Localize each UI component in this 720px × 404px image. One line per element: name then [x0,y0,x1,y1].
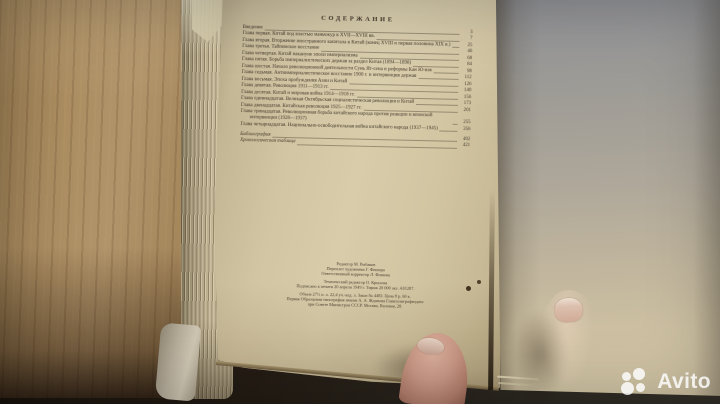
toc-page-number: 201 [460,108,471,114]
toc-page-number: 7 [461,36,472,42]
finger-nail [554,298,583,323]
colophon: Редактор М. Рыбаков Переплет художника Г… [239,259,472,311]
toc-page-number: 46 [461,49,472,55]
toc-entry-list: Глава первая. Китай под властью маньчжур… [240,31,472,133]
dot-leader [440,130,458,131]
toc-page-number: 255 [459,120,470,126]
dot-leader [453,124,458,125]
dot-leader [434,72,459,74]
paper-speck [477,280,481,284]
toc-page-number: 421 [459,143,470,149]
thumb-nail [416,336,445,356]
toc-page-number: 25 [461,43,472,49]
toc-page-number: 140 [460,88,471,94]
watermark-brand-text: Avito [657,371,711,392]
toc-page-number: 3 [462,30,473,36]
toc-page-number: 84 [461,62,472,68]
worn-cover-corner [155,322,201,401]
avito-watermark: Avito [621,368,711,395]
avito-logo-icon [621,368,652,395]
paper-speck [466,286,471,291]
toc-page-number: 98 [461,69,472,75]
toc-page-number: 173 [460,101,471,107]
toc-page-number: 356 [459,127,470,133]
toc-page-number: 126 [460,82,471,88]
toc-page-number: 112 [461,75,472,81]
toc-page-number: 156 [460,95,471,101]
toc-page-number: 402 [459,137,470,143]
toc-page-number: 68 [461,56,472,62]
toc-entry-label: Хронологическая таблица [240,138,296,145]
table-of-contents: СОДЕРЖАНИЕ Введение 3 Глава первая. Кита… [240,13,473,150]
book-photo: СОДЕРЖАНИЕ Введение 3 Глава первая. Кита… [0,0,720,404]
dot-leader [452,47,459,48]
